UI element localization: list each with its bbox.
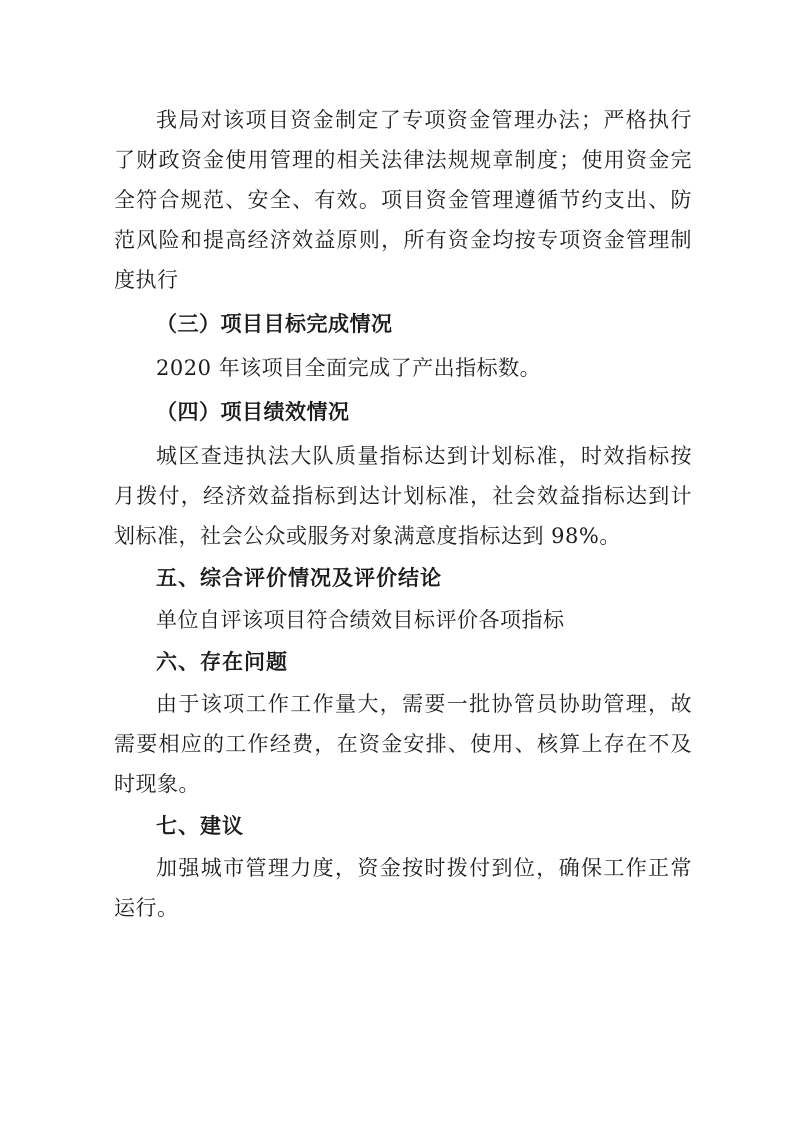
section-heading: （四）项目绩效情况 bbox=[114, 392, 692, 432]
section-heading: （三）项目目标完成情况 bbox=[114, 304, 692, 344]
paragraph: 由于该项工作工作量大，需要一批协管员协助管理，故需要相应的工作经费，在资金安排、… bbox=[114, 684, 692, 804]
document-body: 我局对该项目资金制定了专项资金管理办法；严格执行了财政资金使用管理的相关法律法规… bbox=[114, 100, 692, 928]
section-heading: 五、综合评价情况及评价结论 bbox=[114, 558, 692, 598]
section-heading: 六、存在问题 bbox=[114, 642, 692, 682]
paragraph: 我局对该项目资金制定了专项资金管理办法；严格执行了财政资金使用管理的相关法律法规… bbox=[114, 100, 692, 300]
paragraph: 2020 年该项目全面完成了产出指标数。 bbox=[114, 348, 692, 388]
paragraph: 单位自评该项目符合绩效目标评价各项指标 bbox=[114, 600, 692, 640]
paragraph: 加强城市管理力度，资金按时拨付到位，确保工作正常运行。 bbox=[114, 848, 692, 928]
paragraph: 城区查违执法大队质量指标达到计划标准，时效指标按月拨付，经济效益指标到达计划标准… bbox=[114, 436, 692, 556]
document-page: 我局对该项目资金制定了专项资金管理办法；严格执行了财政资金使用管理的相关法律法规… bbox=[0, 0, 793, 1122]
section-heading: 七、建议 bbox=[114, 806, 692, 846]
